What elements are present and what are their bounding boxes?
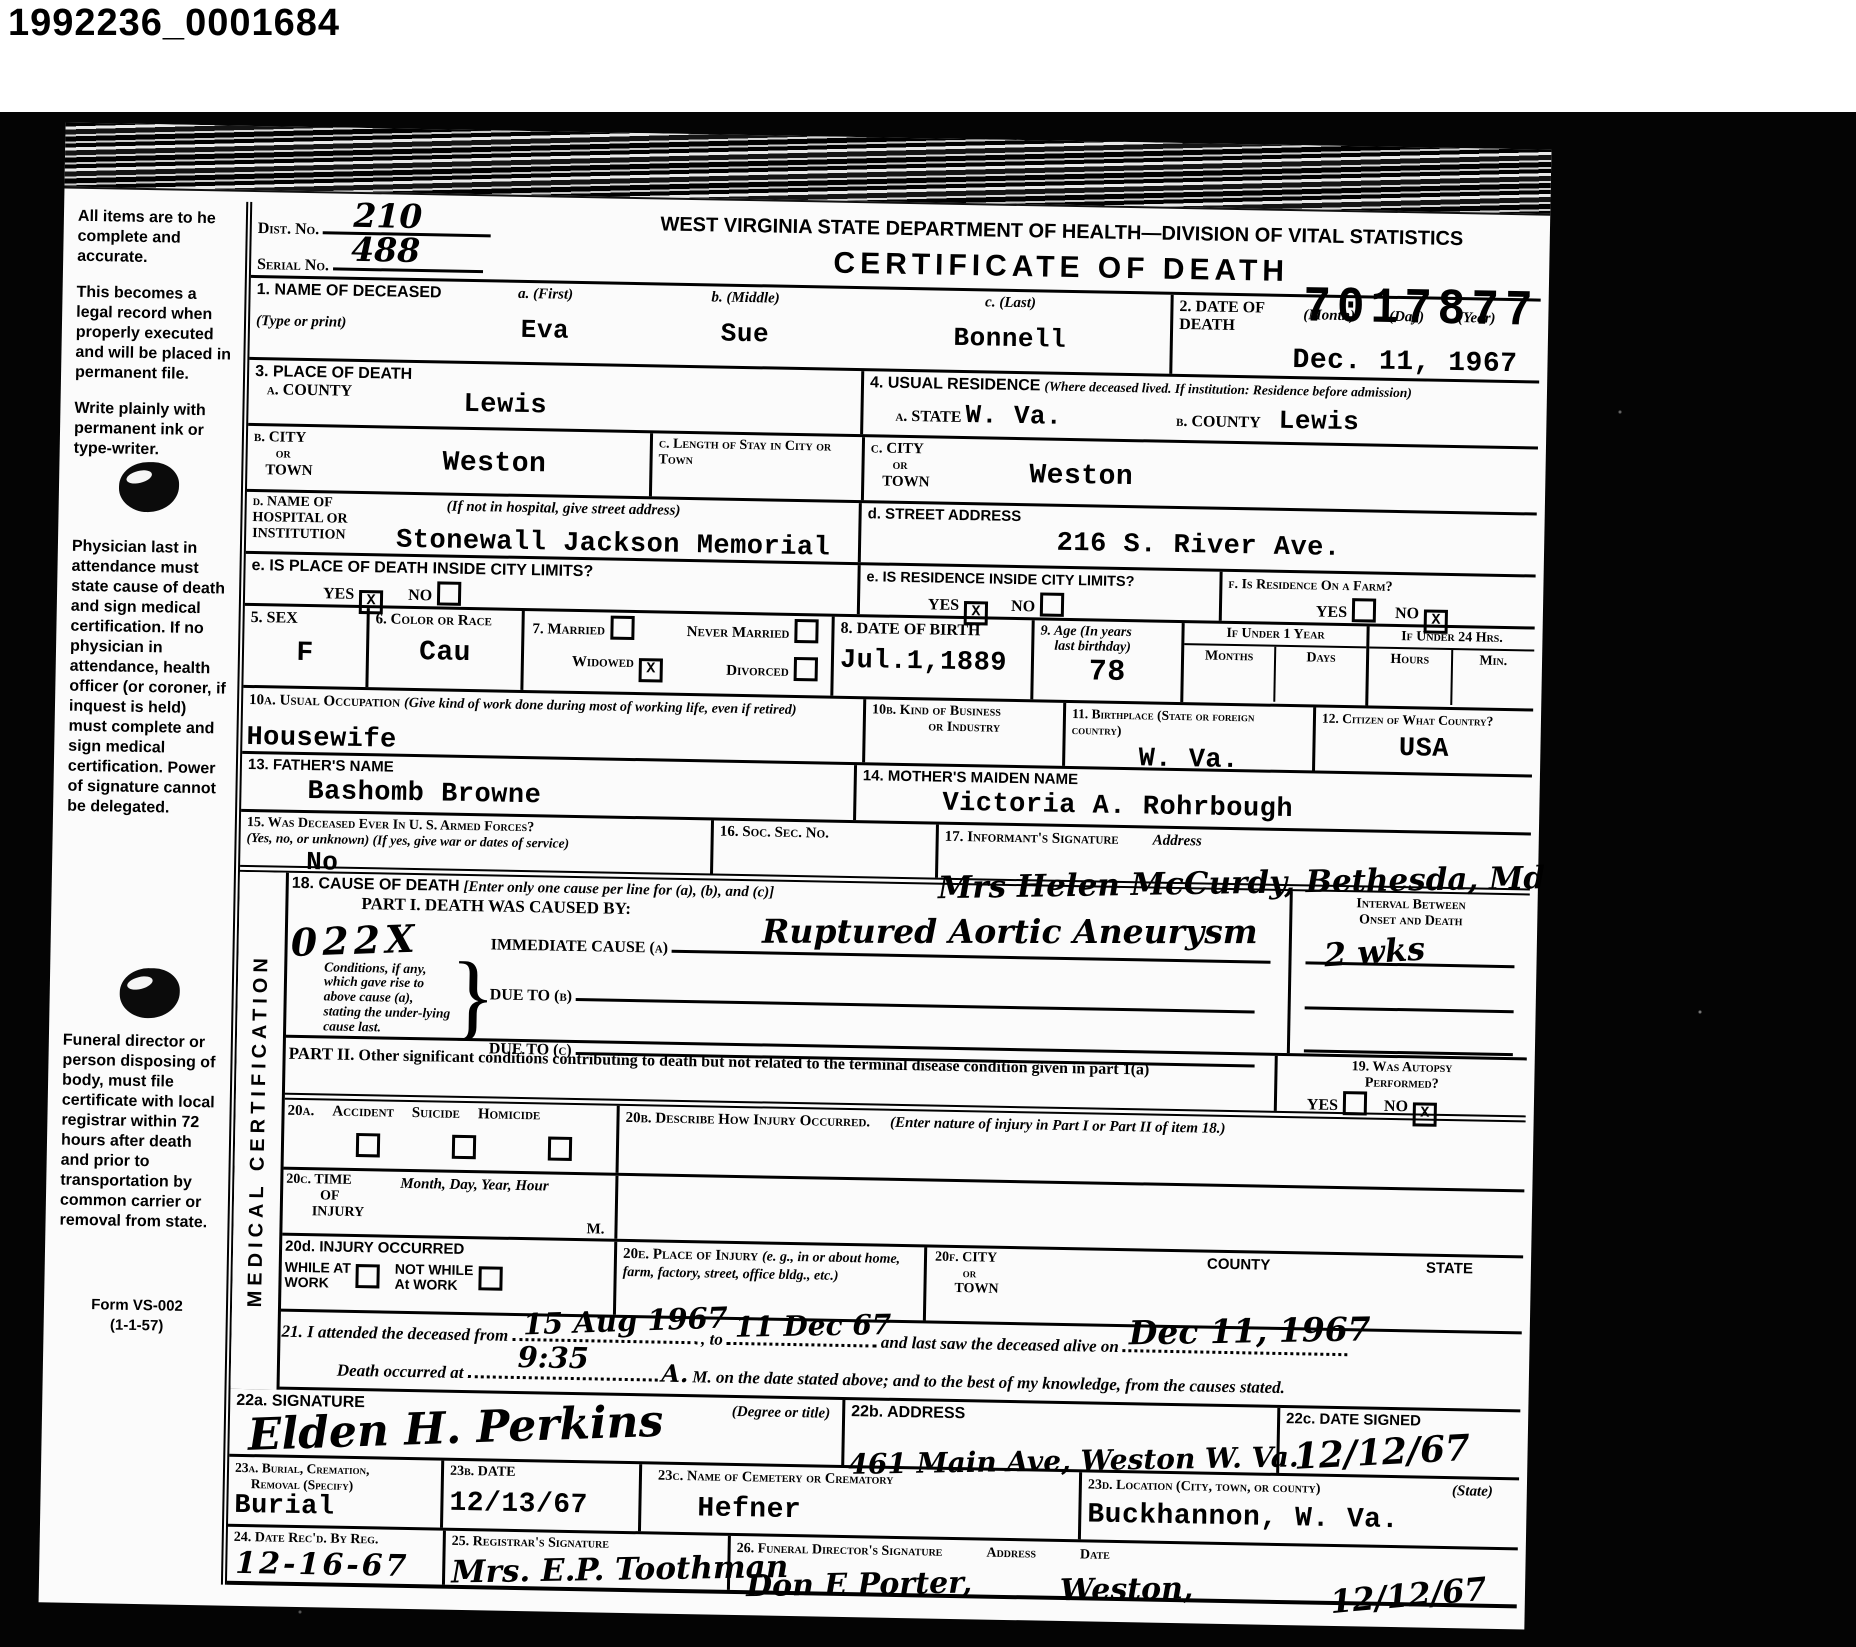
margin-note: All items are to he complete and accurat… — [77, 207, 236, 270]
field-cemetery-location: 23d. Location (City, town, or county) (S… — [1078, 1472, 1519, 1547]
field-label: 17. Informant's Signature — [945, 829, 1119, 848]
field-label: HOSPITAL OR — [252, 510, 347, 528]
field-under-1-year: If Under 1 Year Months Days — [1180, 623, 1366, 705]
field-label: or Industry — [872, 718, 1057, 737]
field-label-stack: 20c. TIME OF INJURY — [286, 1172, 365, 1222]
dist-serial-block: Dist. No. 210 Serial No. 488 — [251, 202, 582, 281]
field-mother-name: 14. MOTHER'S MAIDEN NAME Victoria A. Roh… — [853, 765, 1532, 832]
field-value: USA — [1321, 732, 1527, 766]
field-label: e. IS PLACE OF DEATH INSIDE CITY LIMITS? — [251, 557, 593, 580]
funeral-director-date: 12/12/67 — [1329, 1570, 1489, 1621]
work-label: WORK — [284, 1275, 350, 1292]
field-name-label: 1. NAME OF DECEASED (Type or print) — [249, 278, 450, 361]
field-interval: Interval Between Onset and Death 2 wks — [1287, 891, 1530, 1057]
field-label: TOWN — [954, 1281, 998, 1298]
yes-label: YES — [1316, 604, 1347, 622]
due-to-b-line — [576, 978, 1255, 1013]
to-value: 11 Dec 67 — [735, 1308, 892, 1344]
field-business: 10b. Kind of Business or Industry — [862, 699, 1063, 766]
checkbox-not-while-at-work — [478, 1266, 502, 1290]
field-hint: (Type or print) — [256, 313, 444, 333]
field-label: 20a. — [287, 1103, 314, 1121]
printed-text: Death occurred at — [337, 1361, 464, 1382]
date-signed-value: 12/12/67 — [1293, 1424, 1515, 1477]
field-time-of-injury: 20c. TIME OF INJURY Month, Day, Year, Ho… — [279, 1170, 615, 1239]
field-label: 1. NAME OF DECEASED — [256, 281, 444, 302]
field-value: 78 — [1039, 654, 1175, 690]
medical-certification-rail: MEDICAL CERTIFICATION — [231, 872, 289, 1390]
field-occupation: 10a. Usual Occupation (Give kind of work… — [242, 688, 863, 762]
scan-id: 1992236_0001684 — [8, 2, 340, 45]
date-received-value: 12-16-67 — [235, 1546, 437, 1585]
field-label: or — [963, 1266, 999, 1282]
checkbox-suicide — [452, 1135, 476, 1159]
immediate-cause-label: IMMEDIATE CAUSE (a) — [491, 936, 669, 956]
field-street-address: d. STREET ADDRESS 216 S. River Ave. — [858, 503, 1537, 574]
divorced-label: Divorced — [726, 663, 789, 680]
blank-alive: Dec 11, 1967 — [1123, 1335, 1348, 1356]
field-place-city: b. CITY or TOWN Weston — [247, 426, 650, 496]
field-registrar-signature: 25. Registrar's Signature Mrs. E.P. Toot… — [442, 1531, 728, 1590]
field-value: Housewife — [246, 723, 397, 756]
from-value: 15 Aug 1967 — [522, 1300, 728, 1341]
field-label: If Under 24 Hrs. — [1369, 626, 1534, 651]
field-value: F — [250, 637, 361, 670]
certificate-paper: All items are to he complete and accurat… — [39, 123, 1552, 1630]
married-label: 7. Married — [532, 621, 605, 638]
suicide-label: Suicide — [412, 1105, 460, 1123]
address-label: Address — [986, 1546, 1036, 1562]
immediate-cause-line: Ruptured Aortic Aneurysm — [672, 927, 1271, 963]
field-injury-type: 20a. Accident Suicide Homicide — [281, 1100, 617, 1173]
field-father-name: 13. FATHER'S NAME Bashomb Browne — [241, 754, 854, 820]
part2-label: PART II. — [288, 1044, 354, 1064]
form-number: Form VS-002 (1-1-57) — [57, 1295, 216, 1337]
field-label-stack: 20f. CITY or TOWN — [934, 1250, 999, 1298]
field-value: W. Va. — [965, 400, 1062, 432]
field-label: 20c. TIME — [286, 1172, 365, 1190]
field-hint: (If not in hospital, give street address… — [447, 499, 681, 520]
field-ssn: 16. Soc. Sec. No. — [710, 820, 936, 877]
field-label: 20d. INJURY OCCURRED — [285, 1239, 608, 1261]
field-label: 5. SEX — [250, 609, 360, 629]
due-to-b-label: DUE TO (b) — [490, 986, 573, 1005]
scanner-top-band: 1992236_0001684 — [0, 0, 1856, 112]
field-value: Cau — [375, 637, 516, 671]
field-label: 8. DATE OF BIRTH — [840, 620, 1025, 642]
checkbox-homicide — [548, 1137, 572, 1161]
field-value: Jul.1,1889 — [840, 646, 1026, 679]
field-marital-status: 7. Married Never Married WidowedX Divorc… — [520, 611, 831, 696]
ink-blot — [119, 968, 180, 1019]
serial-no-value: 488 — [351, 230, 421, 270]
field-injury-at-work: 20d. INJURY OCCURRED WHILE AT WORK NOT W… — [278, 1236, 614, 1315]
field-date-signed: 22c. DATE SIGNED 12/12/67 — [1276, 1408, 1520, 1477]
field-burial-date: 23b. DATE 12/13/67 — [440, 1461, 639, 1532]
serial-no-label: Serial No. — [257, 256, 329, 274]
meridiem-label: M. — [586, 1221, 604, 1239]
field-value: Hefner — [697, 1493, 1073, 1531]
field-residence-city: c. CITY or TOWN Weston — [861, 437, 1538, 512]
field-date-of-death: 2. DATE OF DEATH (Month) (Day) (Year) 70… — [1169, 295, 1540, 381]
hours-column: Hours — [1368, 649, 1452, 706]
field-label: 2. DATE OF DEATH — [1179, 298, 1275, 337]
address-label: Address — [1153, 833, 1202, 850]
months-column: Months — [1183, 645, 1276, 702]
field-length-of-stay: c. Length of Stay in City or Town — [649, 433, 862, 500]
field-residence-city-limits: e. IS RESIDENCE INSIDE CITY LIMITS? YESX… — [857, 565, 1220, 621]
field-label: 23b. DATE — [450, 1464, 633, 1483]
field-value: 12/13/67 — [449, 1488, 633, 1522]
field-label: d. NAME OF — [253, 494, 348, 512]
field-death-city-limits: e. IS PLACE OF DEATH INSIDE CITY LIMITS?… — [245, 554, 858, 614]
immediate-cause-value: Ruptured Aortic Aneurysm — [762, 911, 1258, 950]
state-label: STATE — [1426, 1261, 1473, 1278]
field-label: 12. Citizen of What Country? — [1322, 711, 1527, 730]
field-label: b. COUNTY — [1176, 413, 1261, 432]
conditions-note: Conditions, if any, which gave rise to a… — [323, 960, 452, 1037]
field-usual-residence: 4. USUAL RESIDENCE (Where deceased lived… — [860, 371, 1539, 446]
field-citizen: 12. Citizen of What Country? USA — [1312, 707, 1533, 774]
blank-to: 11 Dec 67 — [727, 1328, 877, 1348]
checkbox-yes — [1352, 598, 1376, 622]
checkbox-no — [1040, 592, 1064, 616]
field-residence-farm: f. Is Residence On a Farm? YES NOX — [1219, 572, 1536, 627]
no-label: NO — [1384, 1098, 1408, 1115]
no-label: NO — [1395, 605, 1419, 622]
certificate-form: MEDICAL CERTIFICATION Dist. No. 210 Seri… — [227, 202, 1542, 1608]
scan-background: All items are to he complete and accurat… — [0, 112, 1856, 1647]
field-value: Weston — [1029, 460, 1133, 493]
field-label: c. Length of Stay in City or Town — [658, 436, 856, 472]
field-value: Buckhannon, W. Va. — [1087, 1500, 1512, 1539]
field-label: 18. CAUSE OF DEATH — [292, 875, 460, 895]
checkbox-accident — [356, 1133, 380, 1157]
margin-note: Write plainly with permanent ink or type… — [74, 399, 233, 462]
field-autopsy: 19. Was Autopsy Performed? YES NOX — [1274, 1056, 1527, 1116]
field-last-name: c. (Last) Bonnell — [849, 289, 1170, 374]
printed-text: 21. I attended the deceased from — [281, 1322, 508, 1345]
field-informant: 17. Informant's Signature Address Mrs He… — [935, 825, 1531, 889]
printed-text: and last saw the deceased alive on — [881, 1333, 1119, 1356]
field-label: b. (Middle) — [646, 288, 844, 308]
field-label: a. STATE — [895, 408, 961, 426]
field-label: 10a. Usual Occupation — [249, 692, 400, 711]
registrar-signature-value: Mrs. E.P. Toothman — [451, 1550, 722, 1590]
field-label: 16. Soc. Sec. No. — [720, 824, 930, 845]
checkbox-widowed: X — [639, 658, 663, 682]
field-label: 11. Birthplace (State or foreign country… — [1072, 706, 1308, 741]
field-birthplace: 11. Birthplace (State or foreign country… — [1062, 703, 1313, 771]
section-label: 4. USUAL RESIDENCE — [870, 374, 1041, 394]
field-label: e. IS RESIDENCE INSIDE CITY LIMITS? — [866, 569, 1134, 590]
margin-note: Physician last in attendance must state … — [67, 537, 230, 820]
dist-no-label: Dist. No. — [258, 220, 320, 238]
margin-instructions: All items are to he complete and accurat… — [51, 199, 252, 1585]
county-label: COUNTY — [1207, 1257, 1271, 1275]
field-label: 6. Color or Race — [375, 611, 515, 631]
field-date-received: 24. Date Rec'd. By Reg. 12-16-67 — [227, 1527, 443, 1585]
printed-text: M. on the date stated above; and to the … — [692, 1367, 1285, 1397]
field-label: a. COUNTY — [267, 381, 353, 400]
field-middle-name: b. (Middle) Sue — [639, 285, 850, 368]
widowed-label: Widowed — [572, 654, 634, 671]
checkbox-no — [437, 581, 461, 605]
certificate-number-stamp: 7017877 — [1303, 279, 1539, 341]
rule — [1305, 1007, 1514, 1014]
field-label-stack: d. NAME OF HOSPITAL OR INSTITUTION — [252, 494, 348, 544]
min-column: Min. — [1452, 650, 1534, 706]
no-label: NO — [1011, 598, 1035, 615]
field-label: a. (First) — [456, 285, 634, 305]
field-age: 9. Age (In years last birthday) 78 — [1030, 620, 1181, 702]
field-value: Burial — [234, 1491, 435, 1525]
field-race: 6. Color or Race Cau — [365, 608, 521, 690]
rule — [1304, 1050, 1513, 1057]
yes-label: YES — [1307, 1097, 1338, 1115]
field-label: f. Is Residence On a Farm? — [1228, 577, 1392, 595]
paper-body: All items are to he complete and accurat… — [39, 188, 1550, 1614]
days-column: Days — [1275, 647, 1366, 704]
field-value: Lewis — [1279, 406, 1360, 437]
section-hint: (Where deceased lived. If institution: R… — [1044, 378, 1412, 400]
alive-value: Dec 11, 1967 — [1129, 1309, 1372, 1352]
field-label: INSTITUTION — [252, 526, 347, 544]
field-first-name: a. (First) Eva — [449, 282, 640, 364]
margin-note: Funeral director or person disposing of … — [59, 1031, 221, 1234]
field-value: Sue — [646, 317, 845, 351]
yes-label: YES — [323, 585, 354, 603]
field-label: INJURY — [312, 1204, 365, 1221]
serial-no-line: 488 — [333, 242, 484, 274]
field-label: OF — [320, 1188, 365, 1205]
field-label: c. (Last) — [856, 292, 1164, 314]
field-hint: (Degree or title) — [732, 1404, 831, 1422]
at-work-label: At WORK — [394, 1277, 473, 1294]
no-label: NO — [408, 587, 432, 604]
funeral-director-address: Weston, — [1060, 1571, 1194, 1608]
field-label: 20b. Describe How Injury Occurred. — [625, 1110, 870, 1130]
checkbox-divorced — [794, 657, 818, 681]
field-hint: (Enter nature of injury in Part I or Par… — [890, 1115, 1226, 1137]
brace-glyph: } — [449, 947, 497, 1044]
field-armed-forces: 15. Was Deceased Ever In U. S. Armed For… — [240, 812, 711, 874]
state-hint: (State) — [1452, 1483, 1493, 1500]
ink-blot — [119, 462, 180, 513]
homicide-label: Homicide — [478, 1106, 541, 1124]
cause-of-death-row: 18. CAUSE OF DEATH [Enter only one cause… — [237, 872, 1530, 1061]
blank-time: 9:35 — [467, 1361, 657, 1381]
checkbox-never-married — [794, 619, 818, 643]
field-label: 20f. CITY — [935, 1250, 999, 1267]
field-physician-address: 22b. ADDRESS 461 Main Ave, Weston W. Va. — [841, 1400, 1277, 1473]
medical-certification-label: MEDICAL CERTIFICATION — [243, 953, 272, 1308]
part2-text: Other significant conditions contributin… — [358, 1047, 1149, 1078]
field-value: Dec. 11, 1967 — [1292, 345, 1517, 380]
field-label: 23d. Location (City, town, or county) — [1088, 1477, 1321, 1496]
field-value: Weston — [442, 447, 546, 480]
funeral-director-signature: Don E Porter, — [746, 1565, 973, 1604]
field-date-of-birth: 8. DATE OF BIRTH Jul.1,1889 — [830, 617, 1031, 700]
field-burial-type: 23a. Burial, Cremation, Removal (Specify… — [228, 1457, 441, 1528]
field-sex: 5. SEX F — [243, 606, 366, 687]
checkbox-yes — [1343, 1091, 1367, 1115]
field-label: last birthday) — [1054, 639, 1175, 657]
checkbox-married — [610, 616, 634, 640]
field-value: Bonnell — [856, 321, 1164, 357]
checkbox-while-at-work — [355, 1264, 379, 1288]
field-under-24-hrs: If Under 24 Hrs. Hours Min. — [1365, 626, 1534, 708]
field-place-of-death-county: 3. PLACE OF DEATH a. COUNTY Lewis — [248, 360, 861, 434]
never-married-label: Never Married — [687, 624, 790, 642]
date-label: Date — [1080, 1547, 1110, 1563]
yes-label: YES — [928, 596, 959, 614]
field-label: 20e. Place of Injury — [623, 1246, 758, 1264]
time-value: 9:35 — [517, 1340, 589, 1375]
form-revision-text: (1-1-57) — [57, 1314, 215, 1336]
ampm-value: A. — [661, 1359, 689, 1388]
field-value: Eva — [456, 313, 635, 346]
field-label: 22b. ADDRESS — [851, 1403, 1271, 1428]
field-physician-signature: 22a. SIGNATURE (Degree or title) Elden H… — [229, 1389, 842, 1465]
field-value: Lewis — [463, 390, 547, 422]
field-hint: (Give kind of work done during most of w… — [404, 696, 797, 718]
margin-note: This becomes a legal record when properl… — [75, 283, 235, 386]
accident-label: Accident — [332, 1104, 394, 1122]
field-hospital: d. NAME OF HOSPITAL OR INSTITUTION (If n… — [246, 492, 859, 562]
field-hint: Month, Day, Year, Hour — [400, 1176, 549, 1195]
